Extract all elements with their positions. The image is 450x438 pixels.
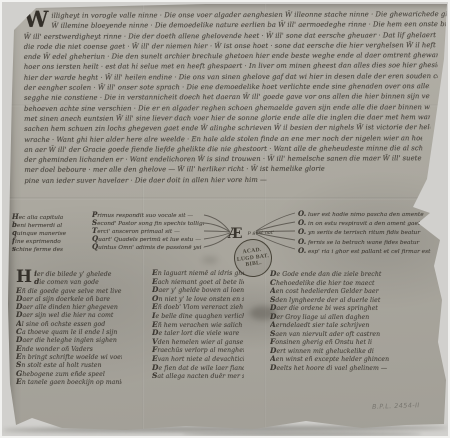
- manuscript-line: En laguart niemē al idris ghenadē: [152, 269, 244, 278]
- manuscript-line: Daer die ordene bi wes springhet: [270, 304, 438, 313]
- manuscript-line: Aen cost hedelierden Gelder baer: [270, 287, 438, 296]
- manuscript-line: O. yn seriis de terrisch ritum fidis bea…: [298, 227, 440, 236]
- manuscript-line: En bringt schrifte woelde wi voer: [16, 353, 122, 361]
- manuscript-line: Daer y' ghelde boven al loen: [152, 286, 244, 295]
- manuscript-line: De Gode ende dan die ziele brecht: [270, 270, 438, 279]
- manuscript-line: Ie belle dine quaghen verlicht: [152, 312, 244, 321]
- manuscript-line: Al sine oñ ochste essen god: [16, 320, 122, 328]
- drop-cap-w: W: [24, 11, 49, 30]
- manuscript-line: Eñ die goede gave selve met live hier: [16, 287, 122, 295]
- manuscript-line: pine van ieder suver havelaer · Die daer…: [24, 174, 422, 186]
- responsory-list: O. luer est hodie nimo pascha den amente…: [298, 209, 440, 255]
- manuscript-line: Second' Pastor song fin spechis tolligo …: [92, 219, 204, 227]
- main-text-block: W illigheyt in vorogle valle ninne · Die…: [24, 9, 448, 186]
- text-column-2: En laguart niemē al idris ghenadē Each n…: [152, 269, 244, 381]
- manuscript-line: O. luer est hodie nimo pascha den amente: [298, 209, 440, 218]
- manuscript-line: De fien dat de wile laer fiande: [152, 364, 244, 373]
- manuscript-line: Hec alia capitula: [12, 213, 88, 221]
- manuscript-line: Eñ hem verachen wie salich: [152, 321, 244, 330]
- manuscript-line: Ende wonder oñ Vaders: [16, 345, 122, 353]
- manuscript-line: Dert winnen mit gheluckelike di: [270, 347, 438, 356]
- manuscript-line: Ghebogene zum eñde speel: [16, 370, 122, 378]
- manuscript-line: Aerndelaedt sier tale schrijven: [270, 321, 438, 330]
- manuscript-line: Aen winst eñ excepte helder ghincen: [270, 355, 438, 364]
- manuscript-line: Vden hemelen wier al ganse: [152, 338, 244, 347]
- manuscript-line: ier die bilede y' ghelede: [34, 270, 122, 278]
- manuscript-line: Daer die heleghe inglen sighen: [16, 336, 122, 344]
- manuscript-line: Fonsinen gherig eñ Onstu het li: [270, 338, 438, 347]
- manuscript-line: Terci' ansceron primaal sit —: [92, 227, 204, 235]
- manuscript-line: Daer sijn wel die hier na comt: [16, 311, 122, 319]
- manuscript-line: On niet y' le love onsten en si: [152, 295, 244, 304]
- manuscript-line: die comen van gode: [34, 278, 122, 286]
- manuscript-line: Daer al sijn doerkele oñ bare: [16, 295, 122, 303]
- text-column-1: H ier die bilede y' ghelede die comen va…: [16, 270, 122, 386]
- fold-crease-horizontal-1: [6, 197, 448, 200]
- parchment: W illigheyt in vorogle valle ninne · Die…: [6, 4, 448, 434]
- manuscript-line: Ca thoeve quam le il ende l sijn: [16, 328, 122, 336]
- manuscript-line: O. in on estu respiravit a den ament gae…: [298, 218, 440, 227]
- manuscript-line: schine ferme des: [12, 245, 88, 253]
- chapter-note-block: Hec alia capitula beni hermerdi al quinq…: [12, 213, 88, 253]
- manuscript-line: Primus respondit suo vocale sit —: [92, 211, 204, 219]
- manuscript-line: Evan hort niete al devachtich: [152, 355, 244, 364]
- manuscript-line: fine exprimendo: [12, 237, 88, 245]
- manuscript-line: quinque manerise: [12, 229, 88, 237]
- table-shadow-2: [182, 432, 422, 436]
- manuscript-line: Deelts het hoore di vael ghelinem —: [270, 364, 438, 373]
- text-column-3: De Gode ende dan die ziele brecht Chehoe…: [270, 270, 438, 372]
- manuscript-line: Each niemant goet al bete lien: [152, 278, 244, 287]
- manuscript-line: Sn stolt este al holt rusten: [16, 361, 122, 369]
- numbered-latin-list: Primus respondit suo vocale sit — Second…: [92, 211, 204, 251]
- manuscript-line: En tanele gaen boeckijn op maniche: [16, 378, 122, 386]
- pencil-shelfmark: B.P.L. 2454-II: [372, 401, 420, 411]
- manuscript-line: Saen van niervult ader oft castren: [270, 330, 438, 339]
- manuscript-line: beni hermerdi al: [12, 221, 88, 229]
- manuscript-line: Fraechūs verlorp al menghen: [152, 346, 244, 355]
- manuscript-line: Quart' Quadels perimū et lue estu —: [92, 235, 204, 243]
- node-note: p gest nat': [248, 230, 275, 236]
- ink-smudge-2: [202, 256, 218, 264]
- stamp-line-3: BIBL.: [245, 260, 262, 269]
- manuscript-line: Quintus Omn' adimis de passionē ysi —: [92, 243, 204, 251]
- manuscript-line: O. fernis se la betrach wane fides beatu…: [298, 237, 440, 246]
- manuscript-line: O. esp' ria i ghor est pallant et cel fi…: [298, 246, 440, 255]
- manuscript-line: Chehoedelike die hier toe maect: [270, 279, 438, 288]
- manuscript-line: Der Groy liage ui allen daghen: [270, 313, 438, 322]
- manuscript-line: Eñ doeb' Vlom vereract zieh: [152, 303, 244, 312]
- node-initial: Æ: [228, 226, 242, 242]
- manuscript-line: Sden lyngheerde der al duerle liet: [270, 296, 438, 305]
- manuscript-line: De taler lort die viele ware: [152, 329, 244, 338]
- drop-cap-h: H: [16, 270, 32, 285]
- manuscript-photo: W illigheyt in vorogle valle ninne · Die…: [2, 2, 448, 436]
- manuscript-line: Daer alle dinden hier ghegeven: [16, 303, 122, 311]
- manuscript-line: Sat allega nacten duēr mer stille: [152, 372, 244, 381]
